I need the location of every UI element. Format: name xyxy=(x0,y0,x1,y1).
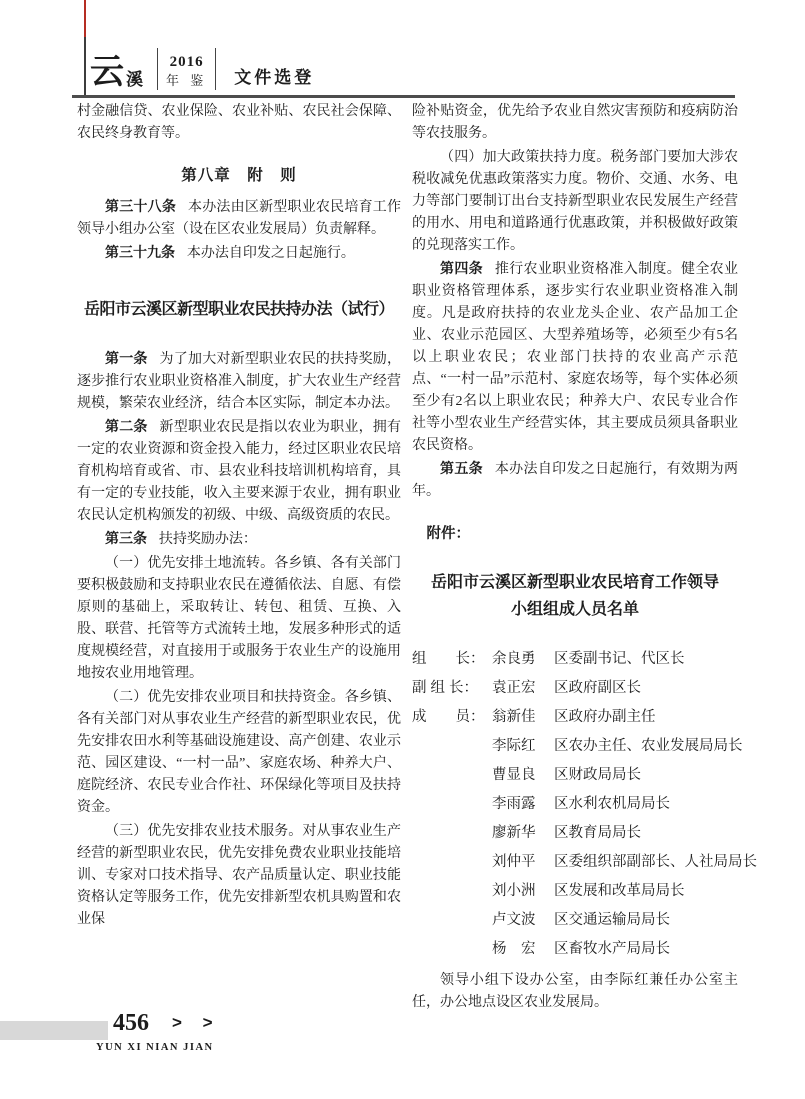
paragraph-text: 本办法自印发之日起施行。 xyxy=(187,246,355,261)
paragraph-text: 扶持奖励办法： xyxy=(159,532,257,547)
article-lead: 第二条 xyxy=(105,418,148,434)
roster-row: 卢文波区交通运输局局长 xyxy=(412,906,738,935)
roster-position: 区政府副区长 xyxy=(554,680,641,696)
article-lead: 第一条 xyxy=(105,350,148,366)
footer-bar xyxy=(0,1021,108,1040)
roster-position: 区水利农机局局长 xyxy=(554,796,670,812)
left-crop-mark-red xyxy=(84,0,86,37)
paragraph-continuation: 险补贴资金，优先给予农业自然灾害预防和疫病防治等农技服务。 xyxy=(412,101,738,145)
article-lead: 第三十九条 xyxy=(105,244,175,260)
header-logo: 云 溪 2016 年 鉴 文件选登 xyxy=(90,44,314,90)
yearbook-label: 年 鉴 xyxy=(166,72,207,90)
roster-name: 袁正宏 xyxy=(492,674,554,703)
left-column: 村金融信贷、农业保险、农业补贴、农民社会保障、农民终身教育等。 第八章 附 则 … xyxy=(77,101,401,931)
article-lead: 第三十八条 xyxy=(105,198,176,214)
roster-row: 曹显良区财政局局长 xyxy=(412,761,738,790)
chapter-heading: 第八章 附 则 xyxy=(77,165,401,187)
page-number: 456 xyxy=(113,1010,149,1037)
paragraph-text: 推行农业职业资格准入制度。健全农业职业资格管理体系，逐步实行农业职业资格准入制度… xyxy=(412,262,738,453)
roster-position: 区委组织部副部长、人社局局长 xyxy=(554,854,757,870)
logo-divider xyxy=(215,48,216,90)
right-column: 险补贴资金，优先给予农业自然灾害预防和疫病防治等农技服务。 （四）加大政策扶持力… xyxy=(412,101,738,1014)
paragraph-article: 第四条推行农业职业资格准入制度。健全农业职业资格管理体系，逐步实行农业职业资格准… xyxy=(412,257,738,457)
article-lead: 第三条 xyxy=(105,530,147,546)
roster-name: 杨 宏 xyxy=(492,935,554,964)
roster-name: 刘仲平 xyxy=(492,848,554,877)
paragraph-article: 第三条扶持奖励办法： xyxy=(77,527,401,551)
closing-paragraph: 领导小组下设办公室，由李际红兼任办公室主任，办公地点设区农业发展局。 xyxy=(412,970,738,1014)
roster-name: 卢文波 xyxy=(492,906,554,935)
roster-name: 李际红 xyxy=(492,732,554,761)
roster-row: 成 员：翁新佳区政府办副主任 xyxy=(412,703,738,732)
roster-name: 廖新华 xyxy=(492,819,554,848)
paragraph-item: （二）优先安排农业项目和扶持资金。各乡镇、各有关部门对从事农业生产经营的新型职业… xyxy=(77,685,401,819)
paragraph-text: 新型职业农民是指以农业为职业，拥有一定的农业资源和资金投入能力，经过区职业农民培… xyxy=(77,420,401,523)
roster-row: 组 长：余良勇区委副书记、代区长 xyxy=(412,645,738,674)
article-lead: 第四条 xyxy=(440,260,483,276)
attachment-title: 岳阳市云溪区新型职业农民培育工作领导 小组组成人员名单 xyxy=(412,569,738,623)
paragraph-item: （一）优先安排土地流转。各乡镇、各有关部门要积极鼓励和支持职业农民在遵循依法、自… xyxy=(77,551,401,685)
paragraph-article: 第一条为了加大对新型职业农民的扶持奖励，逐步推行农业职业资格准入制度，扩大农业生… xyxy=(77,347,401,415)
article-lead: 第五条 xyxy=(440,460,483,476)
paragraph-continuation: 村金融信贷、农业保险、农业补贴、农民社会保障、农民终身教育等。 xyxy=(77,101,401,145)
roster-row: 廖新华区教育局局长 xyxy=(412,819,738,848)
roster: 组 长：余良勇区委副书记、代区长 副 组 长：袁正宏区政府副区长 成 员：翁新佳… xyxy=(412,645,738,964)
attachment-title-line1: 岳阳市云溪区新型职业农民培育工作领导 xyxy=(431,574,719,591)
roster-name: 翁新佳 xyxy=(492,703,554,732)
roster-role: 组 长： xyxy=(412,645,492,674)
paragraph-text: （二）优先安排农业项目和扶持资金。各乡镇、各有关部门对从事农业生产经营的新型职业… xyxy=(77,690,401,815)
roster-position: 区教育局局长 xyxy=(554,825,641,841)
yearbook-page: 云 溪 2016 年 鉴 文件选登 村金融信贷、农业保险、农业补贴、农民社会保障… xyxy=(0,0,805,1099)
roster-name: 李雨露 xyxy=(492,790,554,819)
roster-role: 副 组 长： xyxy=(412,674,492,703)
paragraph-text: （一）优先安排土地流转。各乡镇、各有关部门要积极鼓励和支持职业农民在遵循依法、自… xyxy=(77,556,401,681)
roster-name: 余良勇 xyxy=(492,645,554,674)
roster-row: 李际红区农办主任、农业发展局局长 xyxy=(412,732,738,761)
roster-position: 区交通运输局局长 xyxy=(554,912,670,928)
paragraph-article: 第五条本办法自印发之日起施行，有效期为两年。 xyxy=(412,457,738,503)
footer-pinyin: YUN XI NIAN JIAN xyxy=(96,1042,214,1053)
roster-row: 刘小洲区发展和改革局局长 xyxy=(412,877,738,906)
logo-main-char: 云 xyxy=(90,56,124,90)
roster-position: 区委副书记、代区长 xyxy=(554,651,685,667)
roster-row: 刘仲平区委组织部副部长、人社局局长 xyxy=(412,848,738,877)
paragraph-text: 领导小组下设办公室，由李际红兼任办公室主任，办公地点设区农业发展局。 xyxy=(412,973,738,1010)
roster-position: 区农办主任、农业发展局局长 xyxy=(554,738,743,754)
left-crop-mark-dark xyxy=(84,37,86,97)
document-title: 岳阳市云溪区新型职业农民扶持办法（试行） xyxy=(77,299,401,321)
paragraph-text: 村金融信贷、农业保险、农业补贴、农民社会保障、农民终身教育等。 xyxy=(77,104,401,141)
attachment-title-line2: 小组组成人员名单 xyxy=(511,601,639,618)
paragraph-text: （四）加大政策扶持力度。税务部门要加大涉农税收减免优惠政策落实力度。物价、交通、… xyxy=(412,150,738,253)
year-label: 2016 xyxy=(166,52,207,72)
section-title: 文件选登 xyxy=(234,63,314,88)
logo-divider xyxy=(157,48,158,90)
paragraph-article: 第二条新型职业农民是指以农业为职业，拥有一定的农业资源和资金投入能力，经过区职业… xyxy=(77,415,401,527)
paragraph-text: （三）优先安排农业技术服务。对从事农业生产经营的新型职业农民，优先安排免费农业职… xyxy=(77,824,401,927)
roster-position: 区畜牧水产局局长 xyxy=(554,941,670,957)
year-block: 2016 年 鉴 xyxy=(166,46,207,90)
roster-row: 李雨露区水利农机局局长 xyxy=(412,790,738,819)
roster-position: 区发展和改革局局长 xyxy=(554,883,685,899)
roster-role: 成 员： xyxy=(412,703,492,732)
attachment-label: 附件： xyxy=(412,523,738,545)
paragraph-article: 第三十九条本办法自印发之日起施行。 xyxy=(77,241,401,265)
roster-name: 刘小洲 xyxy=(492,877,554,906)
logo-sub-char: 溪 xyxy=(126,71,143,88)
roster-position: 区政府办副主任 xyxy=(554,709,656,725)
paragraph-item: （三）优先安排农业技术服务。对从事农业生产经营的新型职业农民，优先安排免费农业职… xyxy=(77,819,401,931)
paragraph-article: 第三十八条本办法由区新型职业农民培育工作领导小组办公室（设在区农业发展局）负责解… xyxy=(77,195,401,241)
roster-name: 曹显良 xyxy=(492,761,554,790)
roster-position: 区财政局局长 xyxy=(554,767,641,783)
footer-arrows-icon: > > xyxy=(172,1013,221,1033)
header-rule xyxy=(72,95,735,98)
paragraph-item: （四）加大政策扶持力度。税务部门要加大涉农税收减免优惠政策落实力度。物价、交通、… xyxy=(412,145,738,257)
roster-row: 副 组 长：袁正宏区政府副区长 xyxy=(412,674,738,703)
paragraph-text: 险补贴资金，优先给予农业自然灾害预防和疫病防治等农技服务。 xyxy=(412,104,738,141)
roster-row: 杨 宏区畜牧水产局局长 xyxy=(412,935,738,964)
